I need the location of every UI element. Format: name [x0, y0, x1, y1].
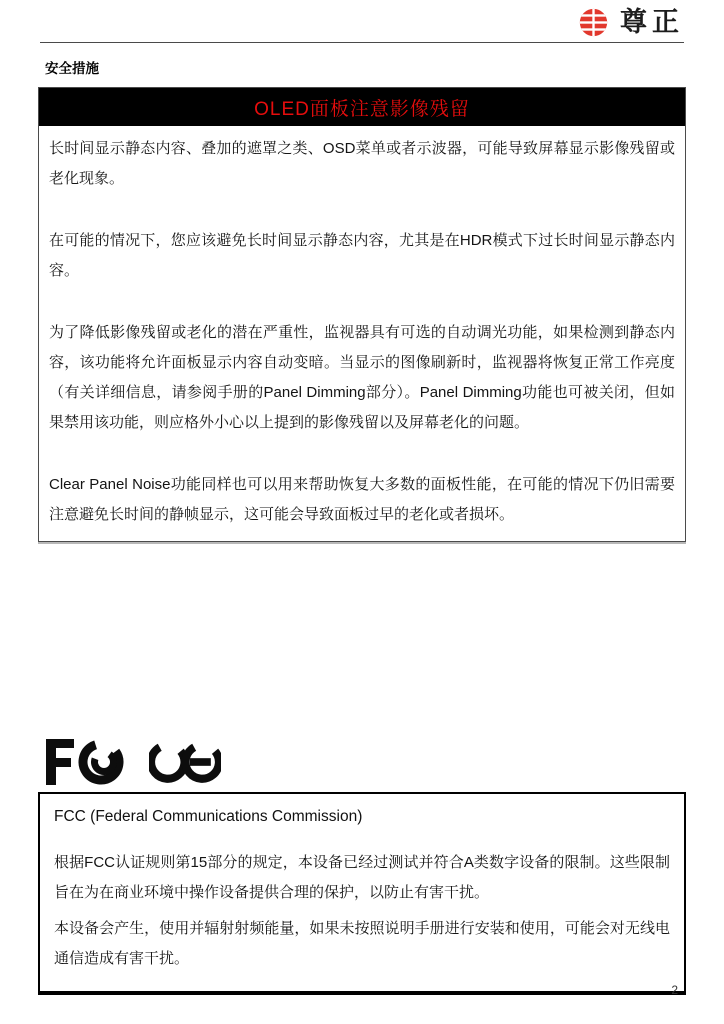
fcc-statement-title: FCC (Federal Communications Commission): [54, 808, 670, 826]
fcc-mark-icon: [44, 739, 136, 785]
warning-paragraph-4: Clear Panel Noise功能同样也可以用来帮助恢复大多数的面板性能，在…: [49, 470, 675, 530]
ce-mark-icon: [149, 740, 221, 784]
section-heading: 安全措施: [45, 57, 679, 77]
brand-logo-icon: [578, 7, 609, 38]
warning-paragraph-2: 在可能的情况下，您应该避免长时间显示静态内容，尤其是在HDR模式下过长时间显示静…: [49, 226, 675, 286]
page-header: 尊正: [40, 0, 684, 43]
warning-paragraph-1: 长时间显示静态内容、叠加的遮罩之类、OSD菜单或者示波器，可能导致屏幕显示影像残…: [49, 134, 675, 194]
brand: 尊正: [578, 7, 684, 38]
page-number: 2: [671, 983, 678, 997]
warning-paragraph-3: 为了降低影像残留或老化的潜在严重性，监视器具有可选的自动调光功能，如果检测到静态…: [49, 318, 675, 438]
document-page: 尊正 安全措施 OLED面板注意影像残留 长时间显示静态内容、叠加的遮罩之类、O…: [0, 0, 724, 1024]
warning-banner: OLED面板注意影像残留: [39, 88, 685, 126]
fcc-statement-box: FCC (Federal Communications Commission) …: [38, 792, 686, 995]
warning-title: OLED面板注意影像残留: [254, 94, 470, 121]
fcc-statement-paragraph-2: 本设备会产生，使用并辐射射频能量，如果未按照说明手册进行安装和使用，可能会对无线…: [54, 914, 670, 974]
oled-warning-box: OLED面板注意影像残留 长时间显示静态内容、叠加的遮罩之类、OSD菜单或者示波…: [38, 87, 686, 542]
warning-body: 长时间显示静态内容、叠加的遮罩之类、OSD菜单或者示波器，可能导致屏幕显示影像残…: [39, 126, 685, 541]
fcc-statement-paragraph-1: 根据FCC认证规则第15部分的规定，本设备已经过测试并符合A类数字设备的限制。这…: [54, 848, 670, 908]
brand-name: 尊正: [620, 9, 684, 36]
certification-logos: [38, 738, 686, 785]
